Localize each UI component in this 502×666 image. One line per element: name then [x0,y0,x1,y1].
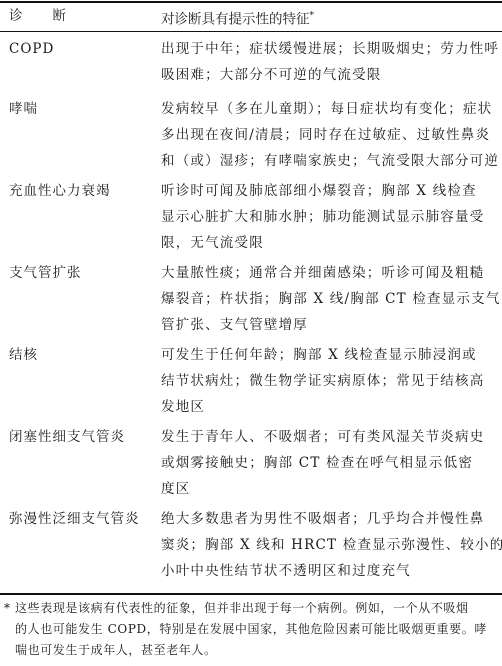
header-diagnosis: 诊断 [9,6,66,26]
features-line: 听诊时可闻及肺底部细小爆裂音；胸部 X 线检查 [161,178,499,204]
diagnosis-cell: 哮喘 [9,96,38,122]
features-line: 发病较早（多在儿童期）；每日症状均有变化；症状 [161,96,499,122]
features-cell: 绝大多数患者为男性不吸烟者；几乎均合并慢性鼻 窦炎；胸部 X 线和 HRCT 检… [161,506,499,584]
diagnosis-cell: 弥漫性泛细支气管炎 [9,506,140,532]
features-cell: 大量脓性痰；通常合并细菌感染；听诊可闻及粗糙 爆裂音；杵状指；胸部 X 线/胸部… [161,260,499,338]
diagnosis-cell: 结核 [9,342,38,368]
features-cell: 发病较早（多在儿童期）；每日症状均有变化；症状 多出现在夜间/清晨；同时存在过敏… [161,96,499,174]
features-line: 吸困难；大部分不可逆的气流受限 [161,62,499,88]
features-line: 结节状病灶；微生物学证实病原体；常见于结核高 [161,368,499,394]
features-line: 度区 [161,476,499,502]
features-line: 出现于中年；症状缓慢进展；长期吸烟史；劳力性呼 [161,36,499,62]
features-line: 可发生于任何年龄；胸部 X 线检查显示肺浸润或 [161,342,499,368]
features-line: 管扩张、支气管壁增厚 [161,312,499,338]
diagnosis-cell: 闭塞性细支气管炎 [9,424,125,450]
footnote-line: 的人也可能发生 COPD，特别是在发展中国家，其他危险因素可能比吸烟更重要。哮 [4,619,500,640]
features-cell: 可发生于任何年龄；胸部 X 线检查显示肺浸润或 结节状病灶；微生物学证实病原体；… [161,342,499,420]
features-line: 爆裂音；杵状指；胸部 X 线/胸部 CT 检查显示支气 [161,286,499,312]
footnote-marker: * [310,11,315,21]
features-line: 和（或）湿疹；有哮喘家族史；气流受限大部分可逆 [161,148,499,174]
features-line: 显示心脏扩大和肺水肿；肺功能测试显示肺容量受 [161,204,499,230]
header-diagnosis-char2: 断 [53,8,67,24]
features-line: 多出现在夜间/清晨；同时存在过敏症、过敏性鼻炎 [161,122,499,148]
footnote: * 这些表现是该病有代表性的征象，但并非出现于每一个病例。例如，一个从不吸烟 的… [4,598,500,661]
table-top-rule [0,1,502,3]
header-diagnosis-char1: 诊 [9,8,23,24]
features-line: 限，无气流受限 [161,230,499,256]
table-header-rule [0,31,502,32]
diagnosis-cell: 充血性心力衰竭 [9,178,111,204]
features-line: 或烟雾接触史；胸部 CT 检查在呼气相显示低密 [161,450,499,476]
features-line: 大量脓性痰；通常合并细菌感染；听诊可闻及粗糙 [161,260,499,286]
table-bottom-rule [0,593,502,595]
features-cell: 出现于中年；症状缓慢进展；长期吸烟史；劳力性呼 吸困难；大部分不可逆的气流受限 [161,36,499,88]
header-features-label: 对诊断具有提示性的特征 [161,12,310,28]
features-cell: 听诊时可闻及肺底部细小爆裂音；胸部 X 线检查 显示心脏扩大和肺水肿；肺功能测试… [161,178,499,256]
footnote-line: * 这些表现是该病有代表性的征象，但并非出现于每一个病例。例如，一个从不吸烟 [4,598,500,619]
header-features: 对诊断具有提示性的特征* [161,6,314,30]
features-line: 发生于青年人、不吸烟者；可有类风湿关节炎病史 [161,424,499,450]
features-line: 窦炎；胸部 X 线和 HRCT 检查显示弥漫性、较小的 [161,532,499,558]
features-line: 发地区 [161,394,499,420]
features-line: 小叶中央性结节状不透明区和过度充气 [161,558,499,584]
features-line: 绝大多数患者为男性不吸烟者；几乎均合并慢性鼻 [161,506,499,532]
diagnosis-cell: 支气管扩张 [9,260,82,286]
diagnosis-cell: COPD [9,36,54,62]
footnote-line: 喘也可发生于成年人，甚至老年人。 [4,640,500,661]
features-cell: 发生于青年人、不吸烟者；可有类风湿关节炎病史 或烟雾接触史；胸部 CT 检查在呼… [161,424,499,502]
